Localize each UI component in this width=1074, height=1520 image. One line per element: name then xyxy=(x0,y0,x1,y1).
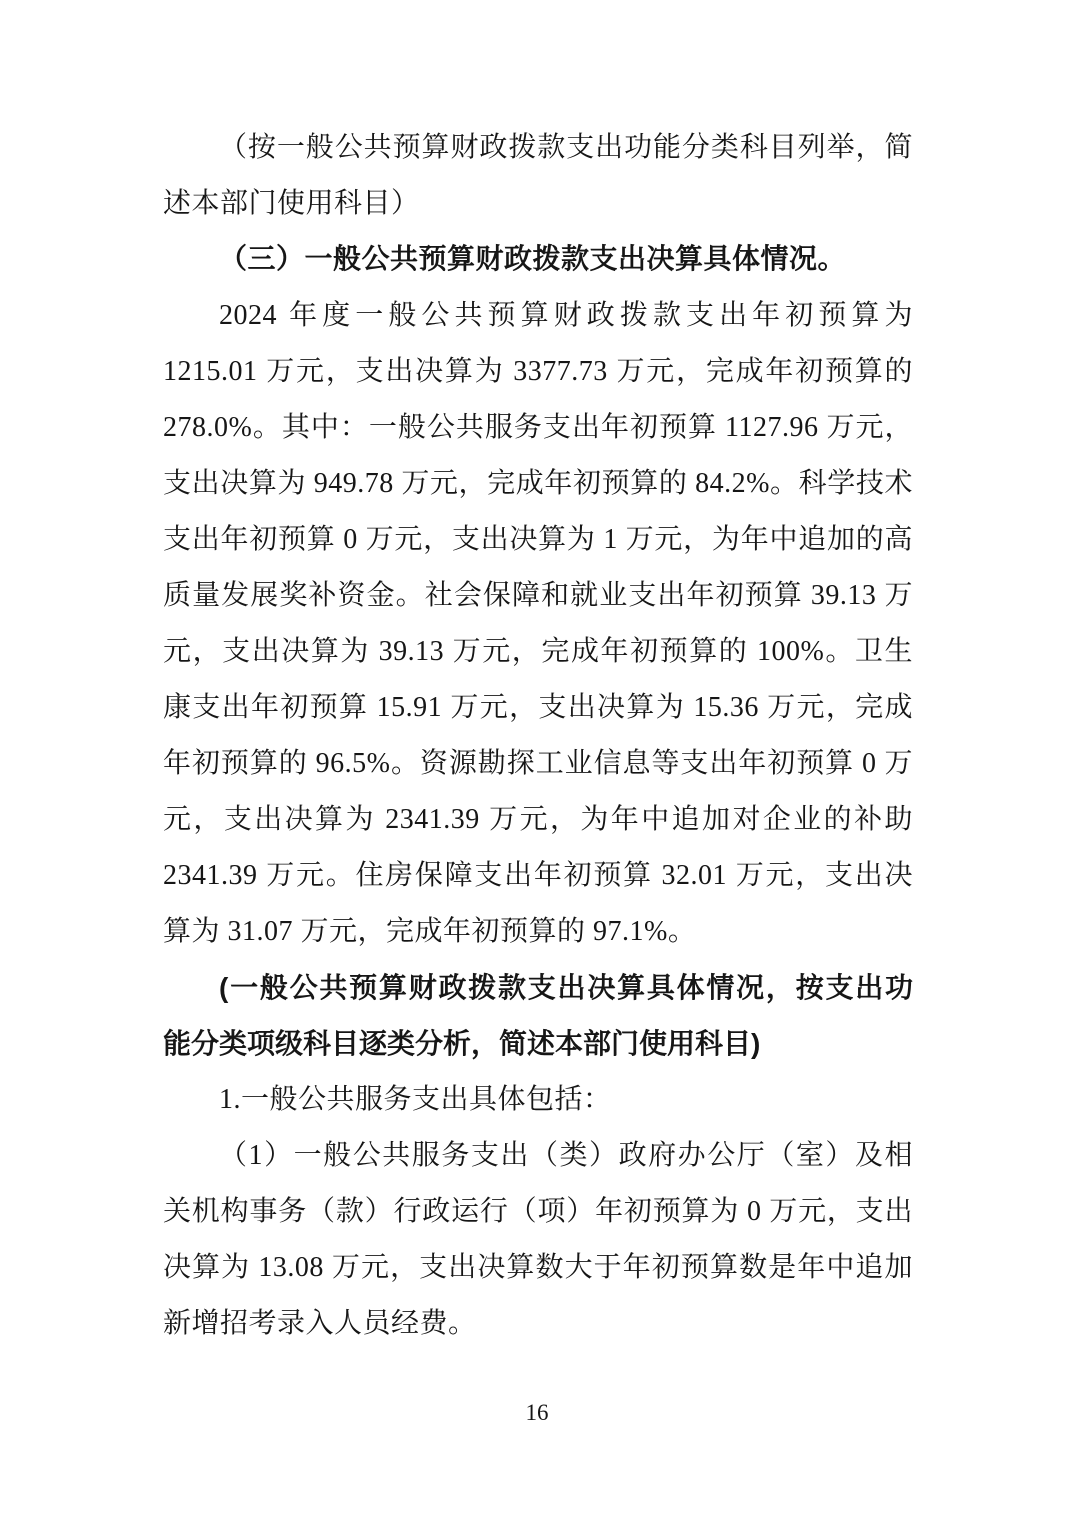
text-line: 康支出年初预算 15.91 万元，支出决算为 15.36 万元，完成 xyxy=(163,680,913,736)
text-line: 2024 年度一般公共预算财政拨款支出年初预算为 xyxy=(163,288,913,344)
text-line: 支出决算为 949.78 万元，完成年初预算的 84.2%。科学技术 xyxy=(163,456,913,512)
text-line: 2341.39 万元。住房保障支出年初预算 32.01 万元，支出决 xyxy=(163,848,913,904)
text-line: 算为 31.07 万元，完成年初预算的 97.1%。 xyxy=(163,904,913,960)
text-line: 能分类项级科目逐类分析，简述本部门使用科目) xyxy=(163,1016,913,1072)
text-line: （1）一般公共服务支出（类）政府办公厅（室）及相 xyxy=(163,1128,913,1184)
text-line: 关机构事务（款）行政运行（项）年初预算为 0 万元，支出 xyxy=(163,1184,913,1240)
text-line: 1.一般公共服务支出具体包括： xyxy=(163,1072,913,1128)
text-line: 元，支出决算为 39.13 万元，完成年初预算的 100%。卫生健 xyxy=(163,624,913,680)
text-line: 支出年初预算 0 万元，支出决算为 1 万元，为年中追加的高 xyxy=(163,512,913,568)
text-line: 决算为 13.08 万元，支出决算数大于年初预算数是年中追加 xyxy=(163,1240,913,1296)
page-number: 16 xyxy=(0,1398,1074,1428)
text-line: （三）一般公共预算财政拨款支出决算具体情况。 xyxy=(163,232,913,288)
text-line: （按一般公共预算财政拨款支出功能分类科目列举，简 xyxy=(163,120,913,176)
text-line: 述本部门使用科目） xyxy=(163,176,913,232)
document-page: （按一般公共预算财政拨款支出功能分类科目列举，简述本部门使用科目）（三）一般公共… xyxy=(0,0,1074,1520)
text-line: 278.0%。其中：一般公共服务支出年初预算 1127.96 万元， xyxy=(163,400,913,456)
text-line: 元，支出决算为 2341.39 万元，为年中追加对企业的补助 xyxy=(163,792,913,848)
text-line: 质量发展奖补资金。社会保障和就业支出年初预算 39.13 万 xyxy=(163,568,913,624)
text-line: (一般公共预算财政拨款支出决算具体情况，按支出功 xyxy=(163,960,913,1016)
text-line: 1215.01 万元，支出决算为 3377.73 万元，完成年初预算的 xyxy=(163,344,913,400)
document-body: （按一般公共预算财政拨款支出功能分类科目列举，简述本部门使用科目）（三）一般公共… xyxy=(163,120,913,1352)
text-line: 年初预算的 96.5%。资源勘探工业信息等支出年初预算 0 万 xyxy=(163,736,913,792)
text-line: 新增招考录入人员经费。 xyxy=(163,1296,913,1352)
